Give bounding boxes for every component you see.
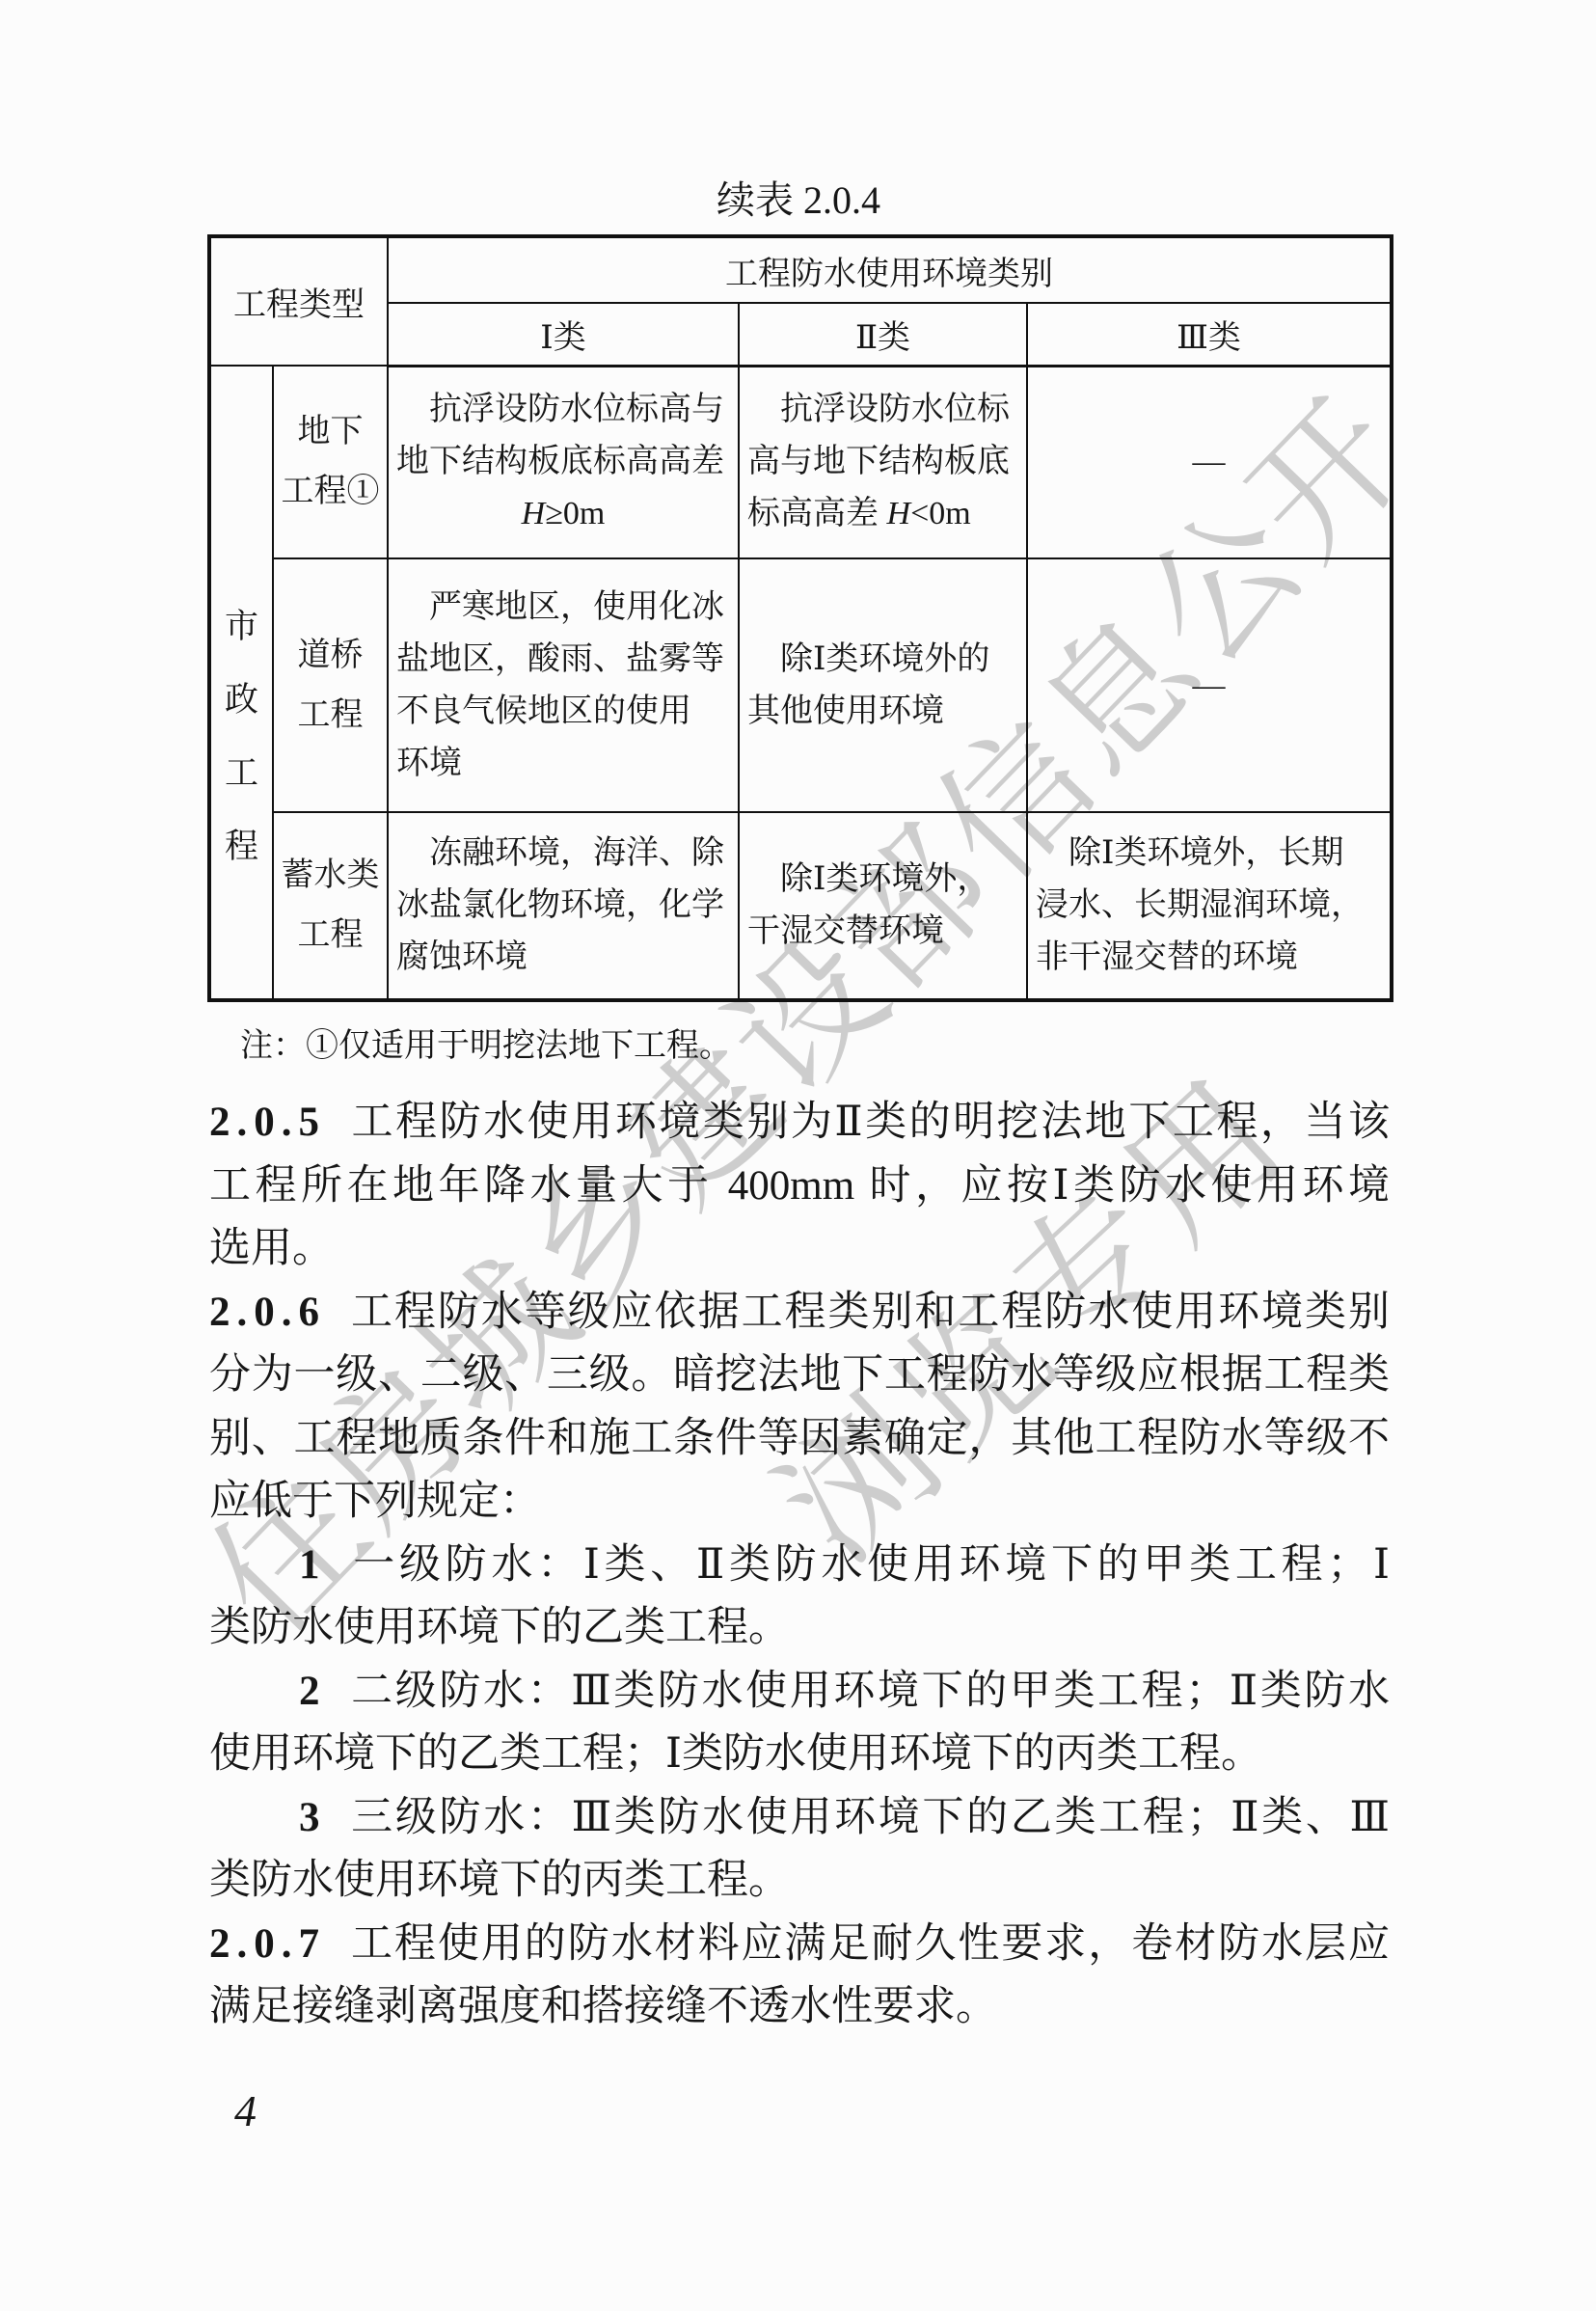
- rowhead-road-bridge: 道桥 工程: [273, 558, 388, 812]
- page-number: 4: [234, 2087, 257, 2135]
- table-caption: 续表 2.0.4: [207, 172, 1390, 230]
- cell-underground-class2: 抗浮设防水位标 高与地下结构板底 标高高差 H<0m: [739, 366, 1027, 558]
- group-char: 程: [211, 810, 272, 884]
- group-char: 政: [211, 664, 272, 737]
- th-env-category: 工程防水使用环境类别: [388, 236, 1392, 303]
- clause-2.0.7-line: 2.0.7工程使用的防水材料应满足耐久性要求，卷材防水层应: [209, 1913, 1390, 1976]
- empty-dash: —: [1028, 660, 1390, 712]
- cell-underground-class3: —: [1027, 366, 1392, 558]
- list-item-1-line: 1一级防水：Ⅰ类、Ⅱ类防水使用环境下的甲类工程；Ⅰ: [209, 1534, 1390, 1597]
- cell-roadbridge-class3: —: [1027, 558, 1392, 812]
- cell-roadbridge-class1: 严寒地区，使用化冰 盐地区，酸雨、盐雾等 不良气候地区的使用 环境: [388, 558, 739, 812]
- formula-h-gte-0: H≥0m: [389, 488, 738, 540]
- cell-underground-class1: 抗浮设防水位标高与 地下结构板底标高高差 H≥0m: [388, 366, 739, 558]
- list-item-1-line: 类防水使用环境下的乙类工程。: [209, 1596, 1390, 1660]
- empty-dash: —: [1028, 436, 1390, 488]
- formula-h-lt-0: 标高高差 H<0m: [740, 488, 1026, 540]
- list-item-2-line: 使用环境下的乙类工程；Ⅰ类防水使用环境下的丙类工程。: [209, 1723, 1390, 1786]
- cell-storage-class3: 除Ⅰ类环境外，长期 浸水、长期湿润环境， 非干湿交替的环境: [1027, 812, 1392, 1000]
- clause-2.0.6-line: 分为一级、二级、三级。暗挖法地下工程防水等级应根据工程类: [209, 1344, 1390, 1407]
- clause-2.0.6-line: 2.0.6工程防水等级应依据工程类别和工程防水使用环境类别: [209, 1281, 1390, 1345]
- group-char: 工: [211, 737, 272, 810]
- clause-2.0.7-line: 满足接缝剥离强度和搭接缝不透水性要求。: [209, 1975, 1390, 2039]
- row-group-municipal: 市 政 工 程: [209, 366, 273, 1000]
- th-class-2: Ⅱ类: [739, 303, 1027, 366]
- th-class-1: Ⅰ类: [388, 303, 739, 366]
- env-class-table: 工程类型 工程防水使用环境类别 Ⅰ类 Ⅱ类 Ⅲ类 市 政 工 程 地下 工程①: [207, 234, 1393, 1002]
- cell-storage-class2: 除Ⅰ类环境外， 干湿交替环境: [739, 812, 1027, 1000]
- clause-2.0.5-line: 工程所在地年降水量大于 400mm 时，应按Ⅰ类防水使用环境: [209, 1155, 1390, 1218]
- clause-2.0.6-line: 别、工程地质条件和施工条件等因素确定，其他工程防水等级不: [209, 1407, 1390, 1471]
- list-item-3-line: 类防水使用环境下的丙类工程。: [209, 1849, 1390, 1913]
- clause-2.0.5-line: 2.0.5工程防水使用环境类别为Ⅱ类的明挖法地下工程，当该: [209, 1091, 1390, 1155]
- rowhead-water-storage: 蓄水类 工程: [273, 812, 388, 1000]
- th-project-type: 工程类型: [209, 236, 388, 366]
- clause-2.0.6-line: 应低于下列规定：: [209, 1470, 1390, 1534]
- document-page: 住房城乡建设部信息公开 浏览专用 续表 2.0.4 工程类型 工程防水使用环境类…: [0, 0, 1596, 2311]
- clause-2.0.5-line: 选用。: [209, 1217, 1390, 1281]
- cell-roadbridge-class2: 除Ⅰ类环境外的 其他使用环境: [739, 558, 1027, 812]
- list-item-3-line: 3三级防水：Ⅲ类防水使用环境下的乙类工程；Ⅱ类、Ⅲ: [209, 1786, 1390, 1850]
- list-item-2-line: 2二级防水：Ⅲ类防水使用环境下的甲类工程；Ⅱ类防水: [209, 1660, 1390, 1724]
- th-class-3: Ⅲ类: [1027, 303, 1392, 366]
- clause-text-block: 2.0.5工程防水使用环境类别为Ⅱ类的明挖法地下工程，当该 工程所在地年降水量大…: [209, 1091, 1390, 2039]
- cell-storage-class1: 冻融环境，海洋、除 冰盐氯化物环境，化学 腐蚀环境: [388, 812, 739, 1000]
- table-note: 注：①仅适用于明挖法地下工程。: [207, 1020, 1390, 1073]
- group-char: 市: [211, 590, 272, 664]
- rowhead-underground: 地下 工程①: [273, 366, 388, 558]
